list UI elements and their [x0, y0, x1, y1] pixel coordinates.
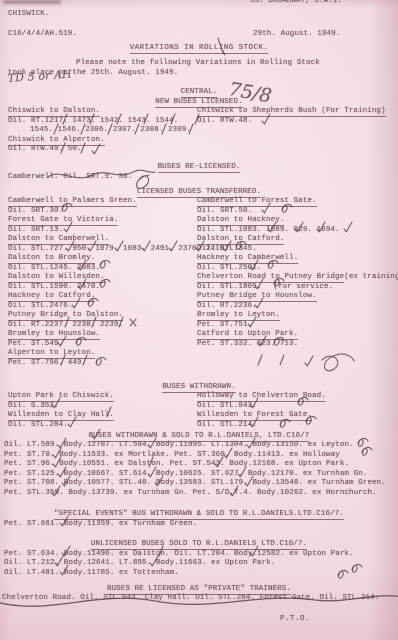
- section-heading-unlicensed-sold: UNLICENSED BUSES SOLD TO R.L.DANIELS LTD…: [0, 540, 398, 550]
- fleet-note: (for service.: [273, 283, 333, 291]
- route-name: Chiswick to Shepherds Bush (For Training…: [197, 107, 386, 117]
- section-special-events: Pet. ST.661. Body.11359. ex Turnham Gree…: [4, 520, 398, 530]
- fleet-numbers: 1545. 1546. 2306. 2307. 2308. 2309.: [8, 126, 197, 136]
- route-name: Dalston to Bromley.: [8, 254, 95, 264]
- route-entry: Holloway to Chelverton Road.Oil. STL.943…: [197, 392, 390, 411]
- sold-entry: Oil. LT.212. Body.12641. LT.895. Body.11…: [4, 559, 398, 569]
- route-entry: Camberwell to Palmers Green.Oil. SRT.30.: [8, 197, 197, 216]
- route-name: Catford to Upton Park.: [197, 330, 298, 340]
- sold-entry: Oil. LT.589. Body.12787. LT.594. Body.11…: [4, 441, 398, 451]
- route-entry: Chiswick to Alperton. Oil. RTW.49. 50.: [8, 136, 197, 155]
- route-name: Dalston to Catford.: [197, 235, 284, 245]
- relicensed-entry: Camberwell. Oil. SRT.9. 36.: [8, 173, 132, 183]
- sold-entry: Pet. ST.70. Body.11533. ex Mortlake. Pet…: [4, 451, 398, 461]
- fleet-numbers: Oil. STL.727. 950. 1079. 1083. 2491. 237…: [8, 245, 197, 255]
- fleet-numbers: Oil. STL.943.: [197, 402, 390, 412]
- office-name: CHISWICK.: [8, 10, 49, 20]
- fleet-numbers: Oil. RT.1217. 1473. 1542. 1543. 1544.: [8, 117, 197, 127]
- route-name: Holloway to Chelverton Road.: [197, 392, 326, 402]
- route-name: Chiswick to Alperton.: [8, 136, 105, 146]
- fleet-numbers: Oil. SRT.13.: [8, 226, 197, 236]
- section-heading-special-events: "SPECIAL EVENTS" BUS WITHDRAWN & SOLD TO…: [0, 510, 398, 520]
- route-entry: Dalston to Willesden.Oil. STL.1590. 2470…: [8, 273, 197, 292]
- route-name: Alperton to Leyton.: [8, 349, 95, 359]
- intro-line-2: took place on the 25th. August. 1949.: [8, 69, 178, 79]
- fleet-numbers: Oil. RTW.49. 50.: [8, 145, 197, 155]
- route-entry: Forest Gate to Victoria.Oil. SRT.13.: [8, 216, 197, 235]
- fleet-numbers: Pet. ST.751.: [197, 321, 390, 331]
- fleet-numbers: Oil. STL.1805.: [197, 283, 261, 291]
- fleet-numbers: Oil. STL.284.: [8, 421, 197, 431]
- route-name: Dalston to Willesden.: [8, 273, 105, 283]
- section-heading-new-buses-licensed: NEW BUSES LICENSED.: [0, 98, 398, 108]
- route-entry: Bromley to Leyton.Pet. ST.751.: [197, 311, 390, 330]
- route-name: Dalston to Hackney.: [197, 216, 284, 226]
- route-name: Putney Bridge to Hounslow.: [197, 292, 317, 302]
- route-name: Willesden to Clay Hall.: [8, 411, 114, 421]
- route-entry: Putney Bridge to Hounslow.Oil. RT.2236.: [197, 292, 390, 311]
- intro-line-1: Please note the following Variations in …: [76, 59, 320, 69]
- sold-entry: Pet. ST.96. Body.10551. ex Dalston. Pet.…: [4, 460, 398, 470]
- page-turn-over: P.T.O.: [280, 615, 310, 625]
- route-name: Hackney to Catford.: [8, 292, 95, 302]
- address: 55. BROADWAY, S.W.1.: [250, 0, 395, 7]
- sold-entry: Pet. ST.634. Body.11496. ex Dalston. Oil…: [4, 550, 398, 560]
- sold-entry: Pet. ST.708. Body.10577. STL.48. Body.13…: [4, 479, 398, 489]
- section-licensed-transferred: Camberwell to Palmers Green.Oil. SRT.30.…: [0, 197, 398, 368]
- route-entry: Hackney to Catford.Oil. STL.2476.: [8, 292, 197, 311]
- route-name: Bromley to Hounslow.: [8, 330, 100, 340]
- route-entry: Catford to Upton Park.Pet. ST.332. 623. …: [197, 330, 390, 349]
- route-entry: Chelverton Road to Putney Bridge(ex trai…: [197, 273, 390, 292]
- route-entry: Willesden to Clay Hall.Oil. STL.284.: [8, 411, 197, 430]
- route-note: (ex training: [344, 273, 398, 281]
- section-unlicensed-sold: Pet. ST.634. Body.11496. ex Dalston. Oil…: [4, 550, 398, 579]
- fleet-numbers: Oil. SRT.50.: [197, 207, 390, 217]
- fleet-numbers: Oil. RTW.48.: [197, 117, 390, 127]
- route-entry: Upton Park to Chiswick.Oil. G.352.: [8, 392, 197, 411]
- region-heading: CENTRAL.: [0, 88, 398, 98]
- fleet-numbers: Oil. SRT.30.: [8, 207, 197, 217]
- fleet-numbers: Pet. ST.796. 449.: [8, 359, 197, 369]
- route-name: Chiswick to Dalston.: [8, 107, 100, 117]
- document-page: 55. BROADWAY, S.W.1. CHISWICK. C16/4/4/A…: [0, 0, 398, 640]
- cutoff-text-smudge: [3, 0, 61, 4]
- route-entry: Dalston to Camberwell.Oil. STL.727. 950.…: [8, 235, 197, 254]
- page-title: VARIATIONS IN ROLLING STOCK.: [0, 44, 398, 54]
- route-entry: Dalston to Catford.Oil. STL.345.: [197, 235, 390, 254]
- route-name: Camberwell to Forest Gate.: [197, 197, 317, 207]
- sold-entry: Pet. ST.125. Body.10667. ST.614. Body.10…: [4, 470, 398, 480]
- reference-number: C16/4/4/AH.519.: [8, 30, 77, 40]
- sold-entry: Pet. ST.661. Body.11359. ex Turnham Gree…: [4, 520, 398, 530]
- route-entry: Alperton to Leyton.Pet. ST.796. 449.: [8, 349, 197, 368]
- fleet-numbers: Oil. STL.1245. 2083.: [8, 264, 197, 274]
- route-name: Hackney to Camberwell.: [197, 254, 298, 264]
- section-heading-buses-relicensed: BUSES RE-LICENSED.: [0, 163, 398, 173]
- route-name: Chelverton Road to Putney Bridge: [197, 273, 344, 283]
- trainer-entry: Chelverton Road. Oil. STL.943. Clay Hall…: [2, 594, 398, 604]
- route-name: Willesden to Forest Gate.: [197, 411, 312, 421]
- fleet-numbers: Oil. STL.1590. 2470.: [8, 283, 197, 293]
- route-name: Bromley to Leyton.: [197, 311, 280, 321]
- sold-entry: Pet. STL.359. Body.13739. ex Turnham Gn.…: [4, 489, 398, 499]
- route-name: Camberwell to Palmers Green.: [8, 197, 137, 207]
- route-entry: Dalston to Hackney.Oil. STL.1083. 1089. …: [197, 216, 390, 235]
- route-entry: Chiswick to Dalston. Oil. RT.1217. 1473.…: [8, 107, 197, 136]
- fleet-numbers: Oil. G.352.: [8, 402, 197, 412]
- fleet-numbers: Oil. RT.2236.: [197, 302, 390, 312]
- route-name: Upton Park to Chiswick.: [8, 392, 114, 402]
- section-private-trainers: Chelverton Road. Oil. STL.943. Clay Hall…: [2, 594, 398, 604]
- route-entry: Camberwell to Forest Gate.Oil. SRT.50.: [197, 197, 390, 216]
- fleet-numbers: Oil. STL.2476.: [8, 302, 197, 312]
- sold-entry: Oil. LT.481. Body.11785. ex Tottenham.: [4, 569, 398, 579]
- section-new-buses-licensed: Chiswick to Dalston. Oil. RT.1217. 1473.…: [0, 107, 398, 155]
- route-entry: Dalston to Bromley.Oil. STL.1245. 2083.: [8, 254, 197, 273]
- fleet-numbers: Oil. STL.2501.: [197, 264, 390, 274]
- section-buses-withdrawn: Upton Park to Chiswick.Oil. G.352. Wille…: [0, 392, 398, 430]
- route-entry: Hackney to Camberwell.Oil. STL.2501.: [197, 254, 390, 273]
- fleet-numbers: Oil. STL.214.: [197, 421, 390, 431]
- route-name: Dalston to Camberwell.: [8, 235, 109, 245]
- fleet-numbers: Oil. STL.345.: [197, 245, 390, 255]
- address-clip: 55. BROADWAY, S.W.1.: [250, 0, 395, 7]
- fleet-numbers: Pet. ST.549.: [8, 340, 197, 350]
- document-date: 29th. August. 1949.: [253, 30, 340, 40]
- fleet-numbers: Oil. STL.1083. 1089. 929. 1694.: [197, 226, 390, 236]
- route-name: Putney Bridge to Dalston.: [8, 311, 123, 321]
- fleet-numbers: Pet. ST.332. 623. 713.: [197, 340, 390, 350]
- route-entry: Willesden to Forest Gate.Oil. STL.214.: [197, 411, 390, 430]
- route-name: Forest Gate to Victoria.: [8, 216, 118, 226]
- route-entry: Putney Bridge to Dalston.Oil. RT.2237. 2…: [8, 311, 197, 330]
- section-withdrawn-sold: Oil. LT.589. Body.12787. LT.594. Body.11…: [4, 441, 398, 498]
- route-entry: Chiswick to Shepherds Bush (For Training…: [197, 107, 390, 126]
- route-entry: Bromley to Hounslow.Pet. ST.549.: [8, 330, 197, 349]
- fleet-numbers: Oil. RT.2237. 2238. 2239.: [8, 321, 197, 331]
